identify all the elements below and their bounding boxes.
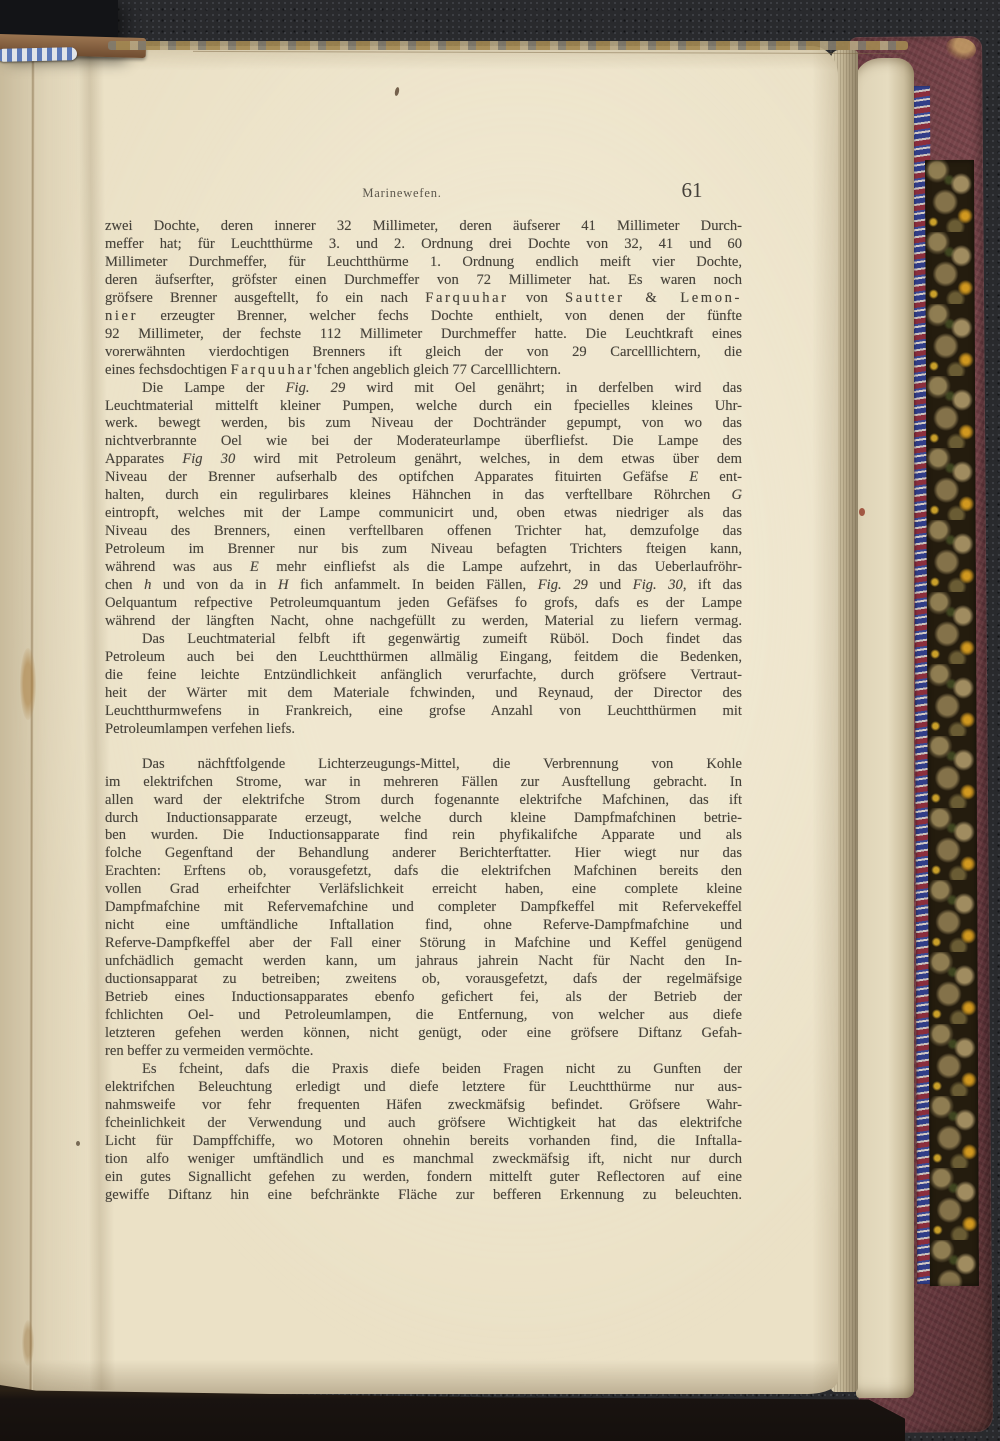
body-text: halten, durch ein regulirbares kleines H… [105, 487, 731, 503]
body-text: eines fechsdochtigen [105, 362, 231, 378]
body-text: deren äufserfter, gröfster einen Durchme… [105, 272, 742, 288]
body-text: nicht eine umftändliche Inftallation fin… [105, 917, 742, 933]
body-text: vorerwähnten vierdochtigen Brenners ift … [105, 344, 742, 360]
italic-text: H [278, 577, 289, 593]
text-line: tion alfo weniger umftändlich und es man… [105, 1151, 742, 1169]
paragraph: Es fcheint, dafs die Praxis diefe beiden… [105, 1061, 742, 1205]
body-text: ben wurden. Die Inductionsapparate find … [105, 827, 742, 843]
text-line: halten, durch ein regulirbares kleines H… [105, 487, 742, 505]
paper-stain [20, 648, 36, 720]
text-line: gewiffe Diftanz hin eine befchränkte Flä… [105, 1187, 742, 1205]
text-line: meffer hat; für Leuchtthürme 3. und 2. O… [105, 236, 742, 254]
text-line: Petroleumlampen verfehen liefs. [105, 721, 742, 739]
body-text: Petroleum im Brenner nur bis zum Niveau … [105, 541, 742, 557]
body-text: ein gutes Signallicht gefehen zu werden,… [105, 1169, 742, 1185]
text-line: allen ward der elektrifche Strom durch f… [105, 792, 742, 810]
paragraph: zwei Dochte, deren innerer 32 Millimeter… [105, 218, 742, 380]
text-line: Das Leuchtmaterial felbft ift gegenwärti… [105, 631, 742, 649]
text-line: fcheinlichkeit der Verwendung und auch g… [105, 1115, 742, 1133]
text-line: zwei Dochte, deren innerer 32 Millimeter… [105, 218, 742, 236]
body-text: Das nächftfolgende Lichterzeugungs-Mitte… [142, 756, 742, 772]
body-text: Referve-Dampfkeffel aber der Fall einer … [105, 935, 742, 951]
text-line: Dampfmafchine mit Refervemafchine und co… [105, 899, 742, 917]
text-line: Niveau der Brenner aufserhalb des optifc… [105, 469, 742, 487]
paragraph: Die Lampe der Fig. 29 wird mit Oel genäh… [105, 380, 742, 631]
italic-text: Fig. 29 [286, 380, 346, 396]
scanned-book-photo: Marinewefen. 61 zwei Dochte, deren inner… [0, 0, 1000, 1441]
text-line: während der längften Nacht, ohne nachgef… [105, 613, 742, 631]
body-text: Apparates [105, 451, 182, 467]
text-line: 92 Millimeter, der fechste 112 Millimete… [105, 326, 742, 344]
body-text: Niveau des Brenners, einen verftellbaren… [105, 523, 742, 539]
text-line: die feine leichte Entzündlichkeit anfäng… [105, 667, 742, 685]
body-text: Niveau der Brenner aufserhalb des optifc… [105, 469, 689, 485]
body-text: letzteren gefehen werden können, nicht g… [105, 1025, 742, 1041]
marbled-board-edge [925, 160, 979, 1286]
text-line: Niveau des Brenners, einen verftellbaren… [105, 523, 742, 541]
body-text: Betrieb eines Inductionsapparates ebenfo… [105, 989, 742, 1005]
body-text: meffer hat; für Leuchtthürme 3. und 2. O… [105, 236, 742, 252]
paragraph: Das Leuchtmaterial felbft ift gegenwärti… [105, 631, 742, 739]
text-line: nicht eine umftändliche Inftallation fin… [105, 917, 742, 935]
text-line: fchlichten Oel- und Petroleumlampen, die… [105, 1007, 742, 1025]
body-text: elektrifchen Beleuchtung erledigt und di… [105, 1079, 742, 1095]
text-line: im elektrifchen Strome, war in mehreren … [105, 774, 742, 792]
text-line: eintropft, welches mit der Lampe communi… [105, 505, 742, 523]
body-text: im elektrifchen Strome, war in mehreren … [105, 774, 742, 790]
text-line: Erachten: Erftens ob, vorausgefetzt, daf… [105, 863, 742, 881]
body-text: ren beffer zu vermeiden vermöchte. [105, 1043, 313, 1059]
body-text: heit der Wärter mit dem Materiale fchwin… [105, 685, 742, 701]
text-line: während was aus E mehr einfliefst als di… [105, 559, 742, 577]
body-text: von [509, 290, 565, 306]
cover-corner-wear [946, 38, 976, 60]
text-line: letzteren gefehen werden können, nicht g… [105, 1025, 742, 1043]
text-line: nichtverbrannte Oel wie bei der Moderate… [105, 433, 742, 451]
text-line: Petroleum auch bei den Leuchtthürmen all… [105, 649, 742, 667]
body-text: 92 Millimeter, der fechste 112 Millimete… [105, 326, 742, 342]
text-line: unfchädlich gemacht werden kann, um jahr… [105, 953, 742, 971]
text-line: Apparates Fig 30 wird mit Petroleum genä… [105, 451, 742, 469]
body-text: durch Inductionsapparate erzeugt, welche… [105, 810, 742, 826]
body-text: die feine leichte Entzündlichkeit anfäng… [105, 667, 742, 683]
body-text: Leuchtthurmwefens in Frankreich, eine gr… [105, 703, 742, 719]
body-text: während was aus [105, 559, 250, 575]
text-line: ductionsapparat zu betreiben; zweitens o… [105, 971, 742, 989]
body-text: fcheinlichkeit der Verwendung und auch g… [105, 1115, 742, 1131]
body-text: Die Lampe der [142, 380, 286, 396]
body-text: Es fcheint, dafs die Praxis diefe beiden… [142, 1061, 742, 1077]
italic-text: Fig. 30 [633, 577, 683, 593]
letterspaced-name: nier [105, 308, 138, 324]
text-line: Leuchtthurmwefens in Frankreich, eine gr… [105, 703, 742, 721]
text-line: Referve-Dampfkeffel aber der Fall einer … [105, 935, 742, 953]
body-text: zwei Dochte, deren innerer 32 Millimeter… [105, 218, 742, 234]
body-text: fich anfammelt. In beiden Fällen, [289, 577, 538, 593]
body-text: Dampfmafchine mit Refervemafchine und co… [105, 899, 742, 915]
text-line: werk. bewegt werden, bis zum Niveau der … [105, 415, 742, 433]
text-block: zwei Dochte, deren innerer 32 Millimeter… [105, 218, 742, 1204]
text-line: heit der Wärter mit dem Materiale fchwin… [105, 685, 742, 703]
text-line: deren äufserfter, gröfster einen Durchme… [105, 272, 742, 290]
text-line: ben wurden. Die Inductionsapparate find … [105, 827, 742, 845]
body-text: Petroleum auch bei den Leuchtthürmen all… [105, 649, 742, 665]
body-text: und [588, 577, 633, 593]
text-line: elektrifchen Beleuchtung erledigt und di… [105, 1079, 742, 1097]
body-text: wird mit Petroleum genährt, welches, in … [235, 451, 742, 467]
body-text: , ift das [683, 577, 742, 593]
text-line: chen h und von da in H fich anfammelt. I… [105, 577, 742, 595]
running-header: Marinewefen. [352, 186, 452, 201]
text-line: folche Gegenftand der Behandlung anderer… [105, 845, 742, 863]
body-text: vollen Grad erheifchter Verläfslichkeit … [105, 881, 742, 897]
body-text: tion alfo weniger umftändlich und es man… [105, 1151, 742, 1167]
text-line: vollen Grad erheifchter Verläfslichkeit … [105, 881, 742, 899]
body-text: Leuchtmaterial mittelft kleiner Pumpen, … [105, 398, 742, 414]
page-edge-stack [856, 58, 914, 1398]
body-text: mehr einfliefst als die Lampe aufzehrt, … [259, 559, 742, 575]
text-line: Petroleum im Brenner nur bis zum Niveau … [105, 541, 742, 559]
text-line: nier erzeugter Brenner, welcher fechs Do… [105, 308, 742, 326]
page-number: 61 [672, 178, 712, 203]
body-text: Licht für Dampffchiffe, wo Motoren ohneh… [105, 1133, 742, 1149]
italic-text: E [250, 559, 259, 575]
letterspaced-name: Farquuhar [231, 362, 314, 378]
text-line: nahmsweife vor fehr frequenten Häfen zwe… [105, 1097, 742, 1115]
body-text: Erachten: Erftens ob, vorausgefetzt, daf… [105, 863, 742, 879]
body-text: Das Leuchtmaterial felbft ift gegenwärti… [142, 631, 742, 647]
red-speck [859, 508, 865, 516]
text-line: ein gutes Signallicht gefehen zu werden,… [105, 1169, 742, 1187]
text-line: gröfsere Brenner ausgeftellt, fo ein nac… [105, 290, 742, 308]
headband [0, 47, 77, 62]
dirt-speck [76, 1141, 80, 1146]
paper-stain [22, 1320, 34, 1366]
letterspaced-name: Sautter & Lemon- [565, 290, 742, 306]
text-line: eines fechsdochtigen Farquuhar'fchen ang… [105, 362, 742, 380]
text-line: Licht für Dampffchiffe, wo Motoren ohneh… [105, 1133, 742, 1151]
body-text: erzeugter Brenner, welcher fechs Dochte … [138, 308, 742, 324]
body-text: Millimeter Durchmeffer, für Leuchtthürme… [105, 254, 742, 270]
text-line: Die Lampe der Fig. 29 wird mit Oel genäh… [105, 380, 742, 398]
text-line: ren beffer zu vermeiden vermöchte. [105, 1043, 742, 1061]
body-text: ent- [698, 469, 742, 485]
body-text: und von da in [151, 577, 278, 593]
page-top-edge [108, 41, 908, 50]
body-text: allen ward der elektrifche Strom durch f… [105, 792, 742, 808]
letterspaced-name: Farquuhar [425, 290, 508, 306]
text-line: Das nächftfolgende Lichterzeugungs-Mitte… [105, 756, 742, 774]
body-text: folche Gegenftand der Behandlung anderer… [105, 845, 742, 861]
italic-text: G [731, 487, 742, 503]
text-line: Betrieb eines Inductionsapparates ebenfo… [105, 989, 742, 1007]
text-line: Leuchtmaterial mittelft kleiner Pumpen, … [105, 398, 742, 416]
paragraph: Das nächftfolgende Lichterzeugungs-Mitte… [105, 756, 742, 1061]
body-text: eintropft, welches mit der Lampe communi… [105, 505, 742, 521]
body-text: fchlichten Oel- und Petroleumlampen, die… [105, 1007, 742, 1023]
italic-text: Fig. 29 [538, 577, 588, 593]
body-text: gewiffe Diftanz hin eine befchränkte Flä… [105, 1187, 742, 1203]
body-text: nahmsweife vor fehr frequenten Häfen zwe… [105, 1097, 742, 1113]
text-line: vorerwähnten vierdochtigen Brenners ift … [105, 344, 742, 362]
italic-text: E [689, 469, 698, 485]
body-text: Oelquantum refpective Petroleumquantum j… [105, 595, 742, 611]
body-text: 'fchen angeblich gleich 77 Carcelllichte… [314, 362, 561, 378]
body-text: werk. bewegt werden, bis zum Niveau der … [105, 415, 742, 431]
body-text: gröfsere Brenner ausgeftellt, fo ein nac… [105, 290, 425, 306]
body-text: unfchädlich gemacht werden kann, um jahr… [105, 953, 742, 969]
text-line: Oelquantum refpective Petroleumquantum j… [105, 595, 742, 613]
body-text: ductionsapparat zu betreiben; zweitens o… [105, 971, 742, 987]
text-line: Es fcheint, dafs die Praxis diefe beiden… [105, 1061, 742, 1079]
text-line: Millimeter Durchmeffer, für Leuchtthürme… [105, 254, 742, 272]
italic-text: Fig 30 [182, 451, 235, 467]
body-text: nichtverbrannte Oel wie bei der Moderate… [105, 433, 742, 449]
body-text: wird mit Oel genährt; in derfelben wird … [345, 380, 742, 396]
text-line: durch Inductionsapparate erzeugt, welche… [105, 810, 742, 828]
body-text: während der längften Nacht, ohne nachgef… [105, 613, 742, 629]
body-text: chen [105, 577, 144, 593]
body-text: Petroleumlampen verfehen liefs. [105, 721, 295, 737]
